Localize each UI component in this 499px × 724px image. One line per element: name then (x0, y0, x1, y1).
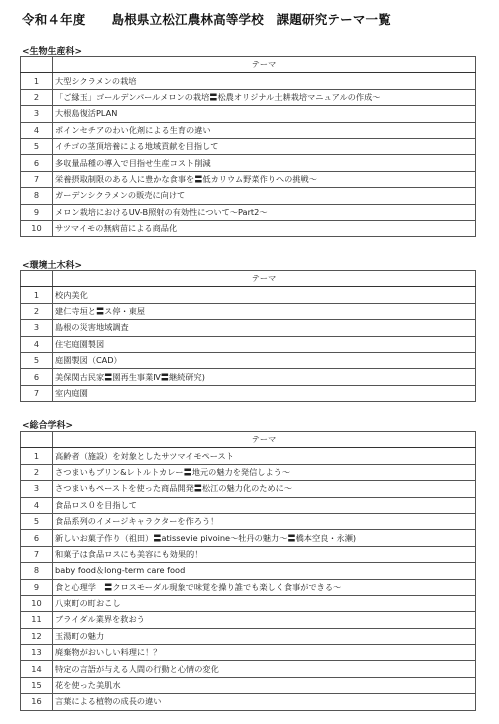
table-header-row: テーマ (21, 271, 476, 287)
row-number: 8 (21, 563, 53, 579)
table-row: 3さつまいもペーストを使った商品開発〓松江の魅力化のために～ (21, 481, 476, 497)
header-no (21, 57, 53, 73)
row-number: 9 (21, 579, 53, 595)
row-number: 2 (21, 303, 53, 319)
table-row: 14特定の言語が与える人間の行動と心情の変化 (21, 661, 476, 677)
row-number: 7 (21, 546, 53, 562)
row-theme: 八束町の町おこし (53, 595, 476, 611)
row-theme: 庭園製図（CAD） (53, 352, 476, 368)
row-theme: 住宅庭園製図 (53, 336, 476, 352)
row-theme: baby food＆long‐term care food (53, 563, 476, 579)
row-number: 6 (21, 155, 53, 171)
row-number: 12 (21, 628, 53, 644)
header-theme: テーマ (53, 57, 476, 73)
table-row: 4住宅庭園製図 (21, 336, 476, 352)
row-number: 11 (21, 612, 53, 628)
section-label-sogo: <総合学科> (22, 418, 73, 431)
row-theme: サツマイモの無病苗による商品化 (53, 220, 476, 236)
row-theme: 大根島復活PLAN (53, 106, 476, 122)
header-theme: テーマ (53, 432, 476, 448)
row-theme: 建仁寺垣と〓ス停・東屋 (53, 303, 476, 319)
header-no (21, 432, 53, 448)
table-row: 9食と心理学 〓クロスモーダル現象で味覚を操り誰でも楽しく食事ができる～ (21, 579, 476, 595)
table-row: 2さつまいもプリン&レトルトカレー〓地元の魅力を発信しよう～ (21, 464, 476, 480)
row-theme: 廃棄物がおいしい料理に！？ (53, 645, 476, 661)
page-title: 令和４年度島根県立松江農林高等学校 課題研究テーマ一覧 (22, 10, 391, 28)
theme-table-seibutsu: テーマ 1大型シクラメンの栽培2「ご縁玉」ゴールデンパールメロンの栽培〓松農オリ… (20, 56, 476, 237)
row-theme: イチゴの茎頂培養による地域貢献を目指して (53, 138, 476, 154)
row-number: 15 (21, 677, 53, 693)
row-theme: さつまいもペーストを使った商品開発〓松江の魅力化のために～ (53, 481, 476, 497)
table-row: 8baby food＆long‐term care food (21, 563, 476, 579)
table-row: 9メロン栽培におけるUV-B照射の有効性について～Part2～ (21, 204, 476, 220)
row-theme: 特定の言語が与える人間の行動と心情の変化 (53, 661, 476, 677)
row-number: 14 (21, 661, 53, 677)
row-theme: 食品系列のイメージキャラクターを作ろう！ (53, 513, 476, 529)
row-number: 2 (21, 89, 53, 105)
row-number: 10 (21, 220, 53, 236)
row-number: 3 (21, 106, 53, 122)
table-row: 7栄養摂取制限のある人に豊かな食事を〓低カリウム野菜作りへの挑戦～ (21, 171, 476, 187)
title-year: 令和４年度 (22, 12, 86, 27)
row-theme: 和菓子は食品ロスにも美容にも効果的！ (53, 546, 476, 562)
table-row: 13廃棄物がおいしい料理に！？ (21, 645, 476, 661)
row-theme: 食品ロス０を目指して (53, 497, 476, 513)
row-theme: 玉湯町の魅力 (53, 628, 476, 644)
row-number: 7 (21, 171, 53, 187)
row-number: 5 (21, 513, 53, 529)
row-number: 8 (21, 188, 53, 204)
table-row: 6新しいお菓子作り（祖田）〓atissevie pivoine～牡丹の魅力～〓橋… (21, 530, 476, 546)
row-number: 1 (21, 287, 53, 303)
table-row: 1校内美化 (21, 287, 476, 303)
table-row: 5イチゴの茎頂培養による地域貢献を目指して (21, 138, 476, 154)
row-number: 6 (21, 530, 53, 546)
row-number: 7 (21, 385, 53, 401)
theme-table-kankyo: テーマ 1校内美化2建仁寺垣と〓ス停・東屋3島根の災害地域調査4住宅庭園製図5庭… (20, 270, 476, 402)
row-theme: 大型シクラメンの栽培 (53, 73, 476, 89)
row-number: 13 (21, 645, 53, 661)
table-row: 1大型シクラメンの栽培 (21, 73, 476, 89)
row-number: 5 (21, 138, 53, 154)
table-row: 12玉湯町の魅力 (21, 628, 476, 644)
row-theme: 言葉による植物の成長の違い (53, 694, 476, 710)
row-theme: 栄養摂取制限のある人に豊かな食事を〓低カリウム野菜作りへの挑戦～ (53, 171, 476, 187)
table-row: 6多収量品種の導入で目指せ生産コスト削減 (21, 155, 476, 171)
header-no (21, 271, 53, 287)
row-number: 5 (21, 352, 53, 368)
row-theme: ブライダル業界を救おう (53, 612, 476, 628)
table-row: 4ポインセチアのわい化剤による生育の違い (21, 122, 476, 138)
row-number: 4 (21, 336, 53, 352)
table-row: 10サツマイモの無病苗による商品化 (21, 220, 476, 236)
row-theme: ガーデンシクラメンの販売に向けて (53, 188, 476, 204)
table-row: 8ガーデンシクラメンの販売に向けて (21, 188, 476, 204)
row-number: 10 (21, 595, 53, 611)
table-row: 1高齢者（施設）を対象としたサツマイモペースト (21, 448, 476, 464)
row-theme: 室内庭園 (53, 385, 476, 401)
row-theme: 食と心理学 〓クロスモーダル現象で味覚を操り誰でも楽しく食事ができる～ (53, 579, 476, 595)
table-row: 15花を使った美肌水 (21, 677, 476, 693)
row-number: 3 (21, 481, 53, 497)
row-theme: ポインセチアのわい化剤による生育の違い (53, 122, 476, 138)
row-theme: メロン栽培におけるUV-B照射の有効性について～Part2～ (53, 204, 476, 220)
table-row: 7室内庭園 (21, 385, 476, 401)
header-theme: テーマ (53, 271, 476, 287)
table-row: 10八束町の町おこし (21, 595, 476, 611)
table-row: 16言葉による植物の成長の違い (21, 694, 476, 710)
table-row: 2建仁寺垣と〓ス停・東屋 (21, 303, 476, 319)
row-theme: 多収量品種の導入で目指せ生産コスト削減 (53, 155, 476, 171)
row-number: 6 (21, 369, 53, 385)
row-number: 4 (21, 497, 53, 513)
row-number: 1 (21, 448, 53, 464)
table-row: 6美保関古民家〓園再生事業Ⅳ〓継続研究) (21, 369, 476, 385)
table-row: 5食品系列のイメージキャラクターを作ろう！ (21, 513, 476, 529)
row-theme: 「ご縁玉」ゴールデンパールメロンの栽培〓松農オリジナル土耕栽培マニュアルの作成～ (53, 89, 476, 105)
row-theme: 高齢者（施設）を対象としたサツマイモペースト (53, 448, 476, 464)
row-theme: 新しいお菓子作り（祖田）〓atissevie pivoine～牡丹の魅力～〓橋本… (53, 530, 476, 546)
row-number: 1 (21, 73, 53, 89)
table-row: 11ブライダル業界を救おう (21, 612, 476, 628)
row-number: 4 (21, 122, 53, 138)
table-row: 2「ご縁玉」ゴールデンパールメロンの栽培〓松農オリジナル土耕栽培マニュアルの作成… (21, 89, 476, 105)
row-theme: 校内美化 (53, 287, 476, 303)
row-number: 16 (21, 694, 53, 710)
row-number: 2 (21, 464, 53, 480)
table-row: 4食品ロス０を目指して (21, 497, 476, 513)
table-row: 5庭園製図（CAD） (21, 352, 476, 368)
table-row: 7和菓子は食品ロスにも美容にも効果的！ (21, 546, 476, 562)
theme-table-sogo: テーマ 1高齢者（施設）を対象としたサツマイモペースト2さつまいもプリン&レトル… (20, 431, 476, 711)
row-number: 3 (21, 320, 53, 336)
table-row: 3大根島復活PLAN (21, 106, 476, 122)
row-theme: さつまいもプリン&レトルトカレー〓地元の魅力を発信しよう～ (53, 464, 476, 480)
title-school: 島根県立松江農林高等学校 課題研究テーマ一覧 (112, 12, 391, 27)
row-theme: 島根の災害地域調査 (53, 320, 476, 336)
table-header-row: テーマ (21, 57, 476, 73)
table-header-row: テーマ (21, 432, 476, 448)
row-theme: 花を使った美肌水 (53, 677, 476, 693)
row-theme: 美保関古民家〓園再生事業Ⅳ〓継続研究) (53, 369, 476, 385)
row-number: 9 (21, 204, 53, 220)
table-row: 3島根の災害地域調査 (21, 320, 476, 336)
